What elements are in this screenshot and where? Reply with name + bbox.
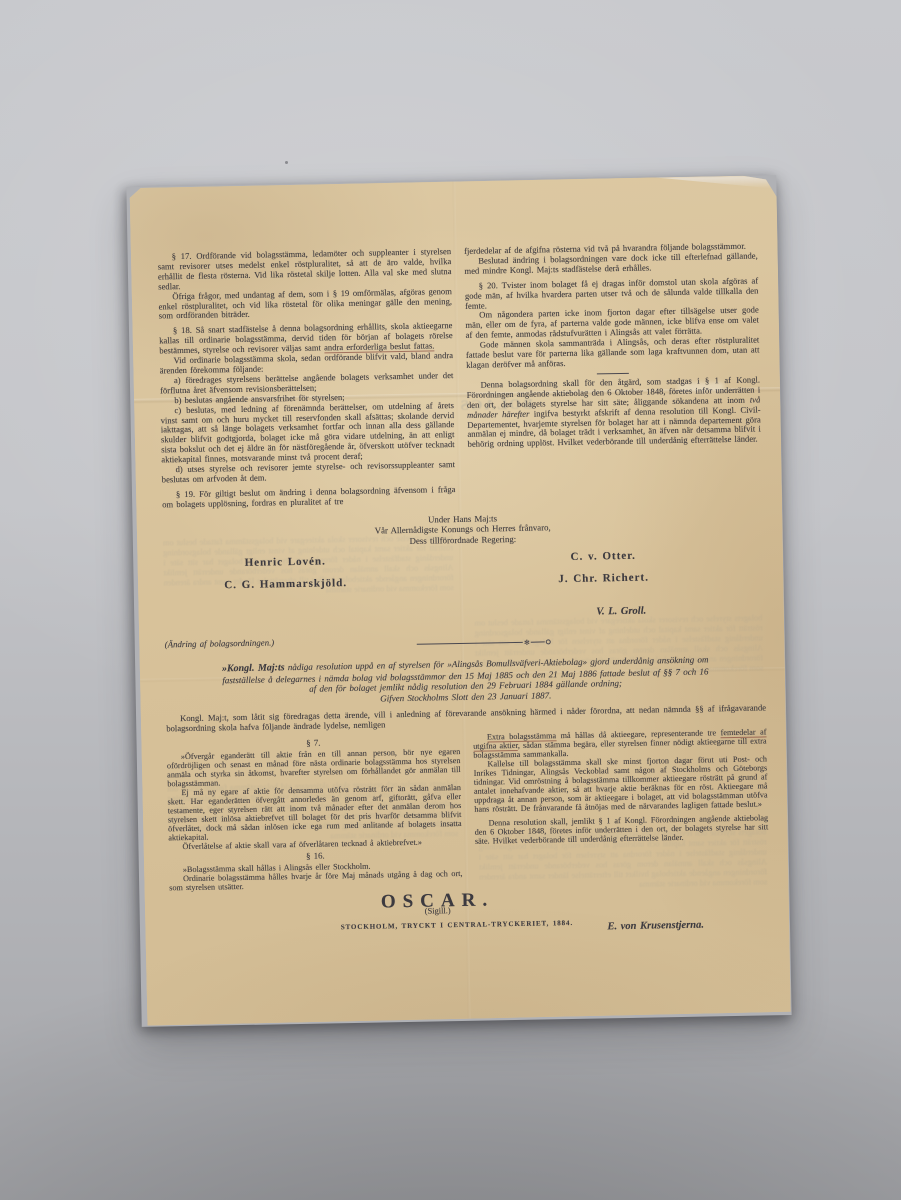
paragraph-kallelse: Kallelse till bolagsstämma skall ske min… [473,754,767,813]
signature-row-2: C. G. Hammarskjöld. J. Chr. Richert. [164,571,764,592]
upper-columns: § 17. Ordförande vid bolagsstämma, ledam… [158,241,763,510]
paragraph-beslutad-andring: Beslutad ändring i bolagsordningen vare … [464,251,758,276]
paragraph-gode-mannen: Gode männen skola sammanträda i Alingsås… [466,336,760,371]
divider-line [531,642,545,643]
lower-left-column: § 7. »Öfvergår eganderätt till aktie frå… [166,733,462,892]
resolution-lead: »Kongl. Maj:ts [222,662,285,674]
marginal-note-row: (Ändring af bolagsordningen.) ✻ [165,629,765,653]
divider-line [417,642,523,645]
divider-dot [546,640,551,645]
paragraph-s17: § 17. Ordförande vid bolagsstämma, ledam… [158,247,452,292]
document-content: § 17. Ordförande vid bolagsstämma, ledam… [126,175,791,1027]
paragraph-ofriga-fragor: Öfriga frågor, med undantag af dem, som … [158,287,452,322]
paragraph-item-d: d) utses styrelse och revisorer jemte st… [161,460,455,485]
upper-right-column: fjerdedelar af de afgifna rösterna vid t… [464,241,762,504]
paragraph-s7-2: Ej må ny egare af aktie för densamma utö… [167,782,461,841]
paragraph-s19: § 19. För giltigt beslut om ändring i de… [162,485,456,510]
signature-c-v-otter: C. v. Otter. [453,550,753,565]
upper-left-column: § 17. Ordförande vid bolagsstämma, ledam… [158,247,456,510]
paragraph-denna-resolution: Denna resolution skall, jemlikt § 1 af K… [474,813,768,845]
signature-row-1: Henric Lovén. C. v. Otter. [163,550,763,571]
star-ornament-icon: ✻ [523,640,531,646]
paragraph-item-c: c) beslutas, med ledning af förenämnda b… [160,401,455,466]
lower-columns: § 7. »Öfvergår eganderätt till aktie frå… [166,727,769,892]
signature-richert: J. Chr. Richert. [454,572,754,587]
section-rule [597,373,629,375]
marginal-note: (Ändring af bolagsordningen.) [165,638,275,650]
lower-right-column: Extra bolagsstämma må hållas då aktieega… [473,727,769,886]
paragraph-s7-1: »Öfvergår eganderätt till aktie från en … [167,747,461,788]
paragraph-denna-bolagsordning: Denna bolagsordning skall för den åtgärd… [466,375,761,450]
signature-hammarskjold: C. G. Hammarskjöld. [136,577,436,592]
ornament-divider: ✻ [417,639,551,647]
resolution-heading: »Kongl. Maj:ts nådiga resolution uppå en… [165,653,766,708]
document-paper: BOLAGS bolagets styrelse och revisorer s… [126,175,791,1027]
dust-speck [285,161,288,164]
signature-henric-loven: Henric Lovén. [135,556,435,571]
regency-heading: Under Hans Maj:ts Vår Allernådigste Konu… [162,508,762,550]
countersignature-groll: V. L. Groll. [164,604,764,625]
